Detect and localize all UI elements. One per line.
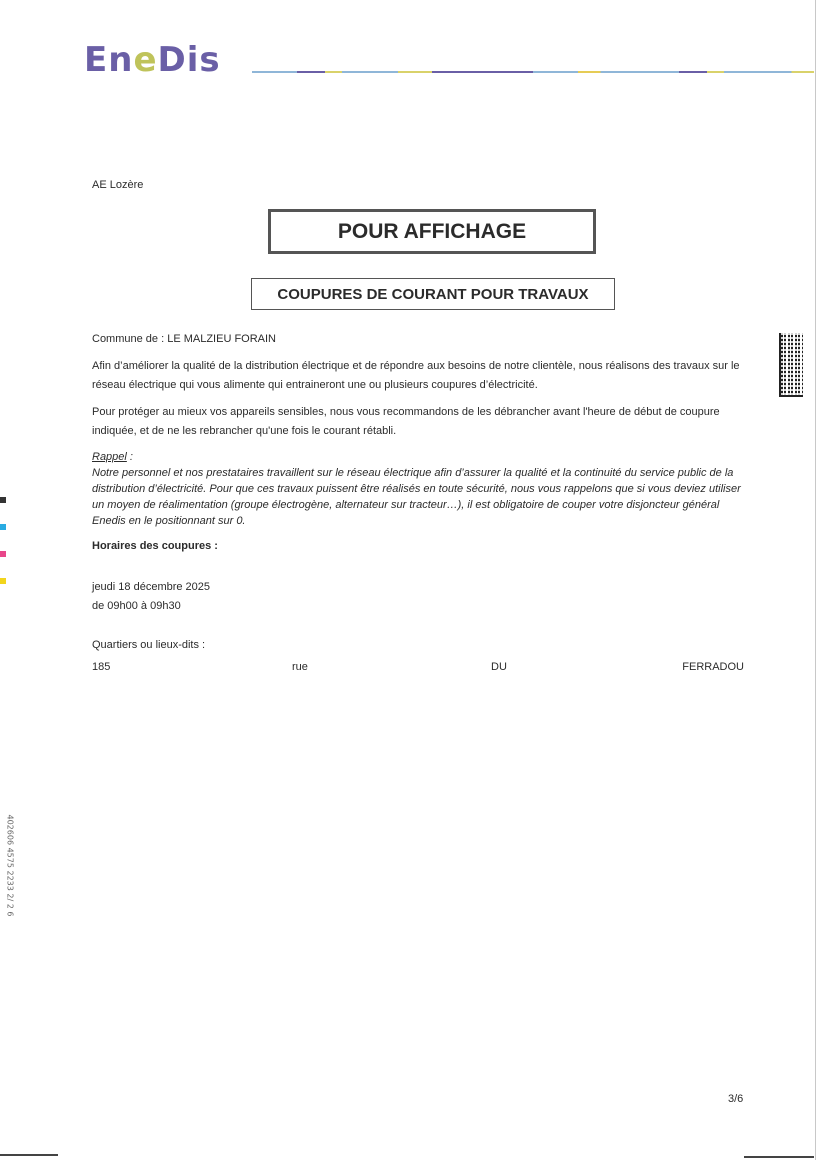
banner-pour-affichage: POUR AFFICHAGE — [268, 209, 596, 254]
rappel-heading: Rappel : — [92, 449, 752, 465]
locations-heading: Quartiers ou lieux-dits : — [92, 636, 752, 655]
registration-mark-black — [0, 497, 6, 503]
address-part2: FERRADOU — [682, 658, 744, 677]
schedule-heading: Horaires des coupures : — [92, 537, 752, 556]
subtitle-text: COUPURES DE COURANT POUR TRAVAUX — [277, 286, 588, 303]
registration-mark-cyan — [0, 524, 6, 530]
schedule-date: jeudi 18 décembre 2025 — [92, 578, 752, 597]
rappel-colon: : — [127, 451, 133, 463]
logo-text-accent: e — [133, 40, 157, 80]
logo-text-part2: Dis — [158, 40, 221, 80]
registration-mark-yellow — [0, 578, 6, 584]
intro-paragraph: Afin d’améliorer la qualité de la distri… — [92, 357, 752, 395]
rappel-title: Rappel — [92, 451, 127, 463]
rappel-paragraph: Notre personnel et nos prestataires trav… — [92, 465, 752, 529]
advice-paragraph: Pour protéger au mieux vos appareils sen… — [92, 403, 752, 441]
logo-text-part1: En — [84, 40, 133, 80]
footer-line-left — [0, 1154, 58, 1156]
enedis-logo: EneDis — [84, 40, 221, 80]
datamatrix-code — [779, 333, 803, 397]
address-part1: DU — [491, 658, 507, 677]
address-type: rue — [292, 658, 308, 677]
agency-label: AE Lozère — [92, 176, 143, 195]
commune-line: Commune de : LE MALZIEU FORAIN — [92, 330, 752, 349]
banner-title: POUR AFFICHAGE — [338, 220, 526, 244]
registration-mark-magenta — [0, 551, 6, 557]
page-edge — [815, 0, 816, 1160]
footer-line-right — [744, 1156, 814, 1158]
schedule-time: de 09h00 à 09h30 — [92, 597, 752, 616]
banner-subtitle: COUPURES DE COURANT POUR TRAVAUX — [251, 278, 615, 310]
address-number: 185 — [92, 658, 110, 677]
margin-code: 402606 4575 2233 2/ 2 6 — [6, 815, 15, 915]
notice-body: Commune de : LE MALZIEU FORAIN Afin d’am… — [92, 330, 752, 655]
header-divider — [252, 71, 814, 73]
page-number: 3/6 — [728, 1093, 743, 1105]
